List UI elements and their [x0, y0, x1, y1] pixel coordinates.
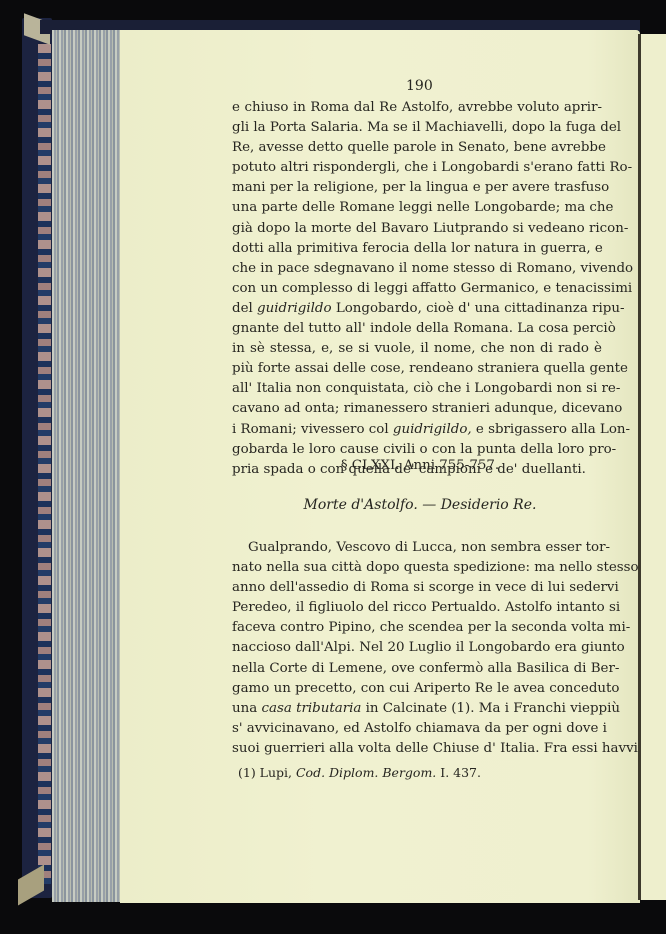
text-line: una parte delle Romane leggi nelle Longo…: [232, 198, 602, 218]
text-line: e chiuso in Roma dal Re Astolfo, avrebbe…: [232, 98, 602, 118]
text-line: già dopo la morte del Bavaro Liutprando …: [232, 219, 602, 239]
text-line: cavano ad onta; rimanessero stranieri ad…: [232, 399, 602, 419]
text-line: Gualprando, Vescovo di Lucca, non sembra…: [232, 538, 602, 558]
footnote: (1) Lupi, Cod. Diplom. Bergom. I. 437.: [238, 765, 481, 780]
facing-page: [641, 34, 666, 900]
section-heading: § CLXXI. Anni 755-757.: [220, 458, 620, 473]
text-line: che in pace sdegnavano il nome stesso di…: [232, 259, 602, 279]
page-number: 190: [406, 78, 433, 94]
text-line: Re, avesse detto quelle parole in Senato…: [232, 138, 602, 158]
footnote-marker: (1) Lupi,: [238, 765, 296, 780]
footnote-ref: I. 437.: [436, 765, 481, 780]
text-line: naccioso dall'Alpi. Nel 20 Luglio il Lon…: [232, 638, 602, 658]
text-line: gobarda le loro cause civili o con la pu…: [232, 440, 602, 460]
paragraph-1: e chiuso in Roma dal Re Astolfo, avrebbe…: [232, 98, 602, 480]
text-line: potuto altri rispondergli, che i Longoba…: [232, 158, 602, 178]
section-subheading: Morte d'Astolfo. — Desiderio Re.: [220, 497, 620, 513]
text-line: nato nella sua città dopo questa spedizi…: [232, 558, 602, 578]
text-line: in sè stessa, e, se si vuole, il nome, c…: [232, 339, 602, 359]
text-line: con un complesso di leggi affatto German…: [232, 279, 602, 299]
text-line: dotti alla primitiva ferocia della lor n…: [232, 239, 602, 259]
text-line: faceva contro Pipino, che scendea per la…: [232, 618, 602, 638]
text-line: Peredeo, il figliuolo del ricco Pertuald…: [232, 598, 602, 618]
text-line: del guidrigildo Longobardo, cioè d' una …: [232, 299, 602, 319]
text-line: i Romani; vivessero col guidrigildo, e s…: [232, 420, 602, 440]
marbled-endpaper: [38, 44, 51, 884]
text-line: anno dell'assedio di Roma si scorge in v…: [232, 578, 602, 598]
text-line: s' avvicinavano, ed Astolfo chiamava da …: [232, 719, 602, 739]
paragraph-2: Gualprando, Vescovo di Lucca, non sembra…: [232, 538, 602, 759]
text-line: più forte assai delle cose, rendeano str…: [232, 359, 602, 379]
page-edges: [52, 30, 122, 902]
text-line: all' Italia non conquistata, ciò che i L…: [232, 379, 602, 399]
text-line: mani per la religione, per la lingua e p…: [232, 178, 602, 198]
text-line: gamo un precetto, con cui Ariperto Re le…: [232, 679, 602, 699]
text-line: gnante del tutto all' indole della Roman…: [232, 319, 602, 339]
text-line: una casa tributaria in Calcinate (1). Ma…: [232, 699, 602, 719]
text-line: suoi guerrieri alla volta delle Chiuse d…: [232, 739, 602, 759]
footnote-title: Cod. Diplom. Bergom.: [296, 765, 436, 780]
text-line: gli la Porta Salaria. Ma se il Machiavel…: [232, 118, 602, 138]
text-line: nella Corte di Lemene, ove confermò alla…: [232, 659, 602, 679]
